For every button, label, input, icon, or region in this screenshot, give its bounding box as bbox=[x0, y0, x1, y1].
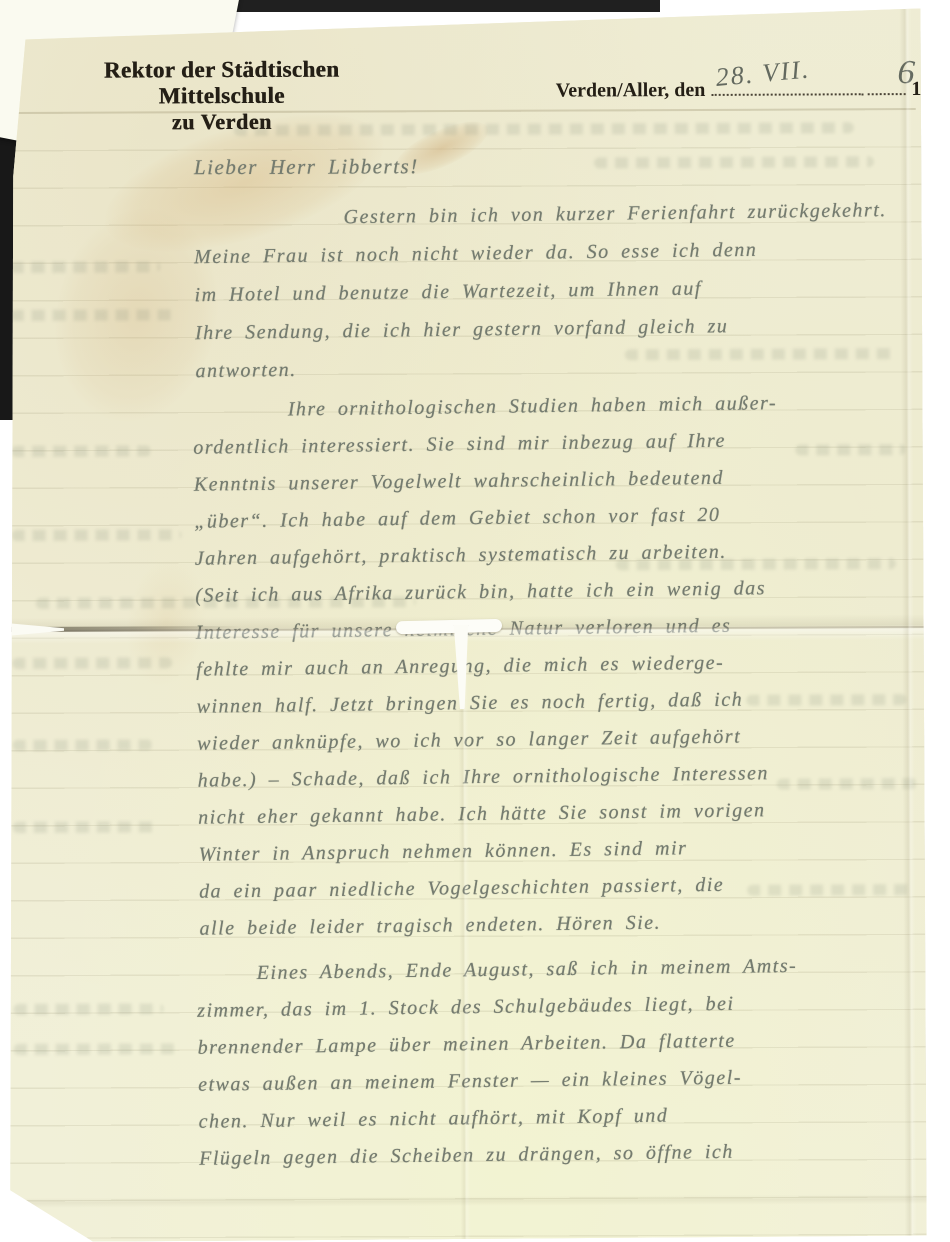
salutation: Lieber Herr Libberts! bbox=[194, 154, 419, 180]
letterhead-sender-line1: Rektor der Städtischen Mittelschule bbox=[44, 56, 400, 110]
bleed-through-mark bbox=[12, 657, 172, 669]
letter-line: nicht eher gekannt habe. Ich hätte Sie s… bbox=[198, 792, 783, 837]
paper-tear bbox=[396, 619, 502, 634]
letter-paper: Rektor der Städtischen Mittelschule zu V… bbox=[3, 6, 926, 1242]
paragraph-1: Gestern bin ich von kurzer Ferienfahrt z… bbox=[193, 191, 889, 390]
place-date-label: Verden/Aller, den bbox=[556, 79, 706, 102]
bleed-through-mark bbox=[10, 261, 160, 273]
bleed-through-mark bbox=[13, 821, 158, 833]
bleed-through-mark bbox=[594, 156, 874, 168]
letterhead: Rektor der Städtischen Mittelschule zu V… bbox=[44, 56, 400, 136]
paragraph-3: Eines Abends, Ende August, saß ich in me… bbox=[196, 948, 799, 1178]
letter-line: alle beide leider tragisch endeten. Höre… bbox=[199, 903, 784, 948]
bleed-through-mark bbox=[12, 529, 182, 541]
scanned-letter-page: Rektor der Städtischen Mittelschule zu V… bbox=[0, 0, 950, 1242]
bleed-through-mark bbox=[777, 778, 917, 790]
bleed-through-mark bbox=[795, 444, 905, 455]
bleed-through-mark bbox=[14, 1003, 164, 1015]
letter-line: da ein paar niedliche Vogelgeschichten p… bbox=[199, 866, 784, 911]
bleed-through-mark bbox=[11, 309, 176, 321]
letter-line: etwas außen an meinem Fenster — ein klei… bbox=[198, 1059, 799, 1104]
letterhead-sender-line2: zu Verden bbox=[44, 108, 400, 136]
bleed-through-mark bbox=[14, 1043, 179, 1055]
letter-line: Flügeln gegen die Scheiben zu drängen, s… bbox=[199, 1133, 800, 1178]
printed-year-prefix: 192 bbox=[911, 78, 941, 100]
bleed-through-mark bbox=[13, 739, 153, 751]
paragraph-2: Ihre ornithologischen Studien haben mich… bbox=[193, 385, 785, 948]
bleed-through-mark bbox=[11, 445, 151, 457]
